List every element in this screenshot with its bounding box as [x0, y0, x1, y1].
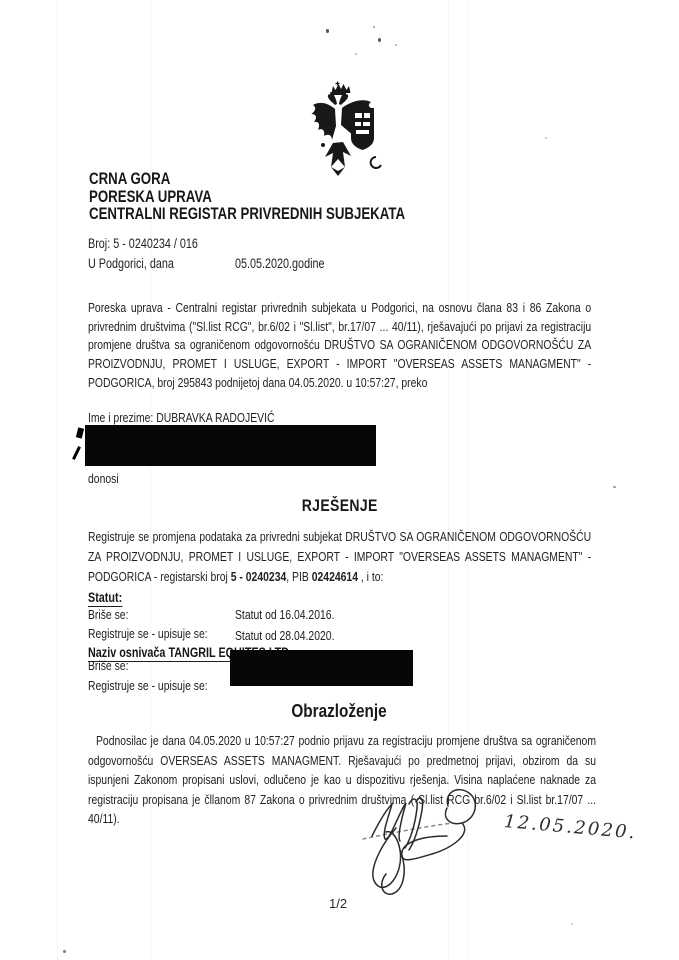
osnivac-brise-label: Briše se: [88, 658, 128, 673]
page-number: 1/2 [329, 896, 347, 911]
statut-heading: Statut: [88, 590, 122, 605]
osnivac-registruje-label: Registruje se - upisuje se: [88, 678, 208, 693]
intro-paragraph: Poreska uprava - Centralni registar priv… [88, 299, 591, 393]
org-registry: CENTRALNI REGISTAR PRIVREDNIH SUBJEKATA [89, 205, 405, 223]
scan-speck [545, 137, 547, 139]
montenegro-coat-of-arms-icon [311, 81, 391, 178]
statut-brise-label: Briše se: [88, 607, 128, 622]
scan-speck [63, 950, 66, 953]
pib-number: 02424614 [312, 569, 358, 584]
place-label: U Podgorici, dana [88, 256, 174, 271]
statut-brise-value: Statut od 16.04.2016. [235, 607, 334, 622]
doc-date: 05.05.2020.godine [235, 256, 324, 271]
redaction-box-osnivac [230, 650, 413, 686]
org-country: CRNA GORA [89, 170, 405, 188]
org-agency: PORESKA UPRAVA [89, 188, 405, 206]
handwritten-date: 12.05.2020. [503, 811, 637, 844]
redaction-edge-mark [76, 427, 84, 438]
scan-speck [571, 923, 573, 925]
statut-registruje-value: Statut od 28.04.2020. [235, 628, 334, 643]
decision-paragraph: Registruje se promjena podataka za privr… [88, 527, 591, 587]
scan-speck [355, 53, 357, 55]
letterhead: CRNA GORA PORESKA UPRAVA CENTRALNI REGIS… [89, 170, 405, 223]
statut-registruje-label: Registruje se - upisuje se: [88, 626, 208, 641]
donosi-line: donosi [88, 471, 119, 486]
submitter-name-line: Ime i prezime: DUBRAVKA RADOJEVIĆ [88, 410, 274, 425]
document-page: CRNA GORA PORESKA UPRAVA CENTRALNI REGIS… [0, 0, 679, 960]
scan-speck [613, 486, 616, 488]
doc-number: Broj: 5 - 0240234 / 016 [88, 236, 198, 251]
decision-text-mid: , PIB [286, 569, 311, 584]
registry-number: 5 - 0240234 [231, 569, 287, 584]
scan-speck [373, 26, 375, 28]
redaction-box-submitter [85, 425, 376, 466]
explanation-title: Obrazloženje [0, 701, 679, 722]
decision-title: RJEŠENJE [0, 497, 679, 516]
redaction-edge-mark [72, 446, 81, 460]
scan-streak [57, 0, 58, 960]
signature [352, 786, 482, 898]
scan-speck [326, 29, 329, 33]
decision-text-end: , i to: [358, 569, 383, 584]
scan-speck [378, 38, 381, 42]
scan-speck [395, 44, 397, 46]
